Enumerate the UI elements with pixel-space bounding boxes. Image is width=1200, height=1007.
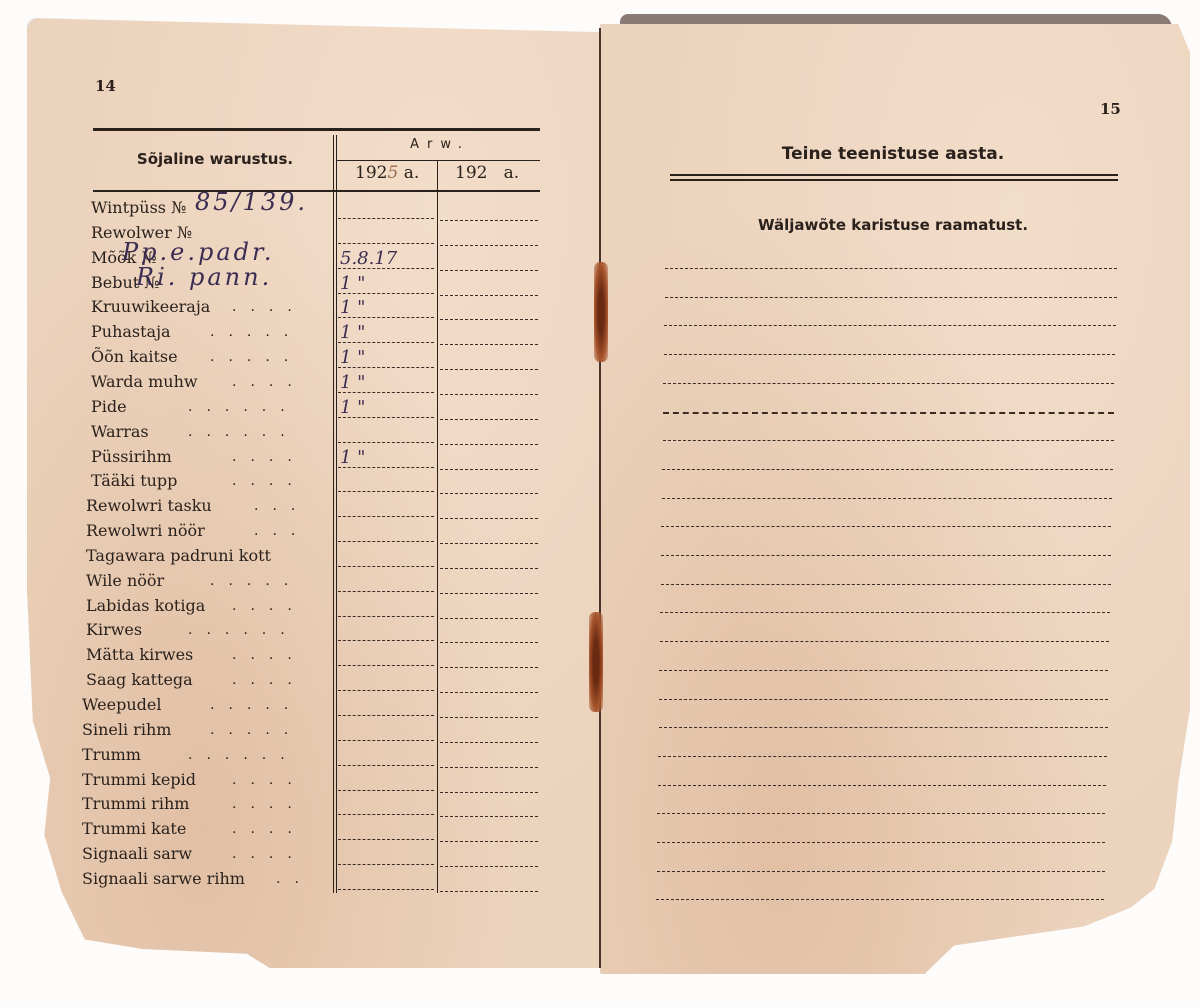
blank-entry-line (659, 670, 1108, 671)
blank-entry-line (662, 469, 1113, 470)
blank-entry-line (657, 871, 1105, 872)
leader-dots: ...... (188, 745, 299, 765)
entry-line-col1 (338, 690, 434, 691)
entry-line-col2 (440, 792, 538, 793)
entry-line-col2 (440, 319, 538, 320)
blank-entry-line (663, 412, 1114, 414)
equipment-label: Weepudel (82, 695, 161, 715)
year-header-rule (337, 160, 540, 161)
blank-entry-line (661, 584, 1111, 585)
entry-line-col2 (440, 493, 538, 494)
leader-dots: ...... (188, 397, 299, 417)
entry-line-col2 (440, 394, 538, 395)
equipment-label: Trummi kate (82, 819, 186, 839)
blank-entry-line (660, 641, 1109, 642)
equipment-label: Kruuwikeeraja (91, 297, 210, 317)
entry-line-col1 (338, 243, 434, 244)
entry-line-col1 (338, 566, 434, 567)
column-divider-left-b (336, 135, 337, 893)
entry-line-col2 (440, 667, 538, 668)
entry-line-col1 (338, 790, 434, 791)
entry-line-col2 (440, 344, 538, 345)
entry-line-col2 (440, 369, 538, 370)
entry-line-col2 (440, 295, 538, 296)
equipment-label: Mätta kirwes (86, 645, 193, 665)
quantity-value: 5.8.17 (340, 249, 397, 269)
entry-line-col1 (338, 765, 434, 766)
equipment-label: Warras (91, 422, 149, 442)
entry-line-col2 (440, 692, 538, 693)
right-page (600, 24, 1190, 974)
leader-dots: .... (232, 297, 306, 317)
title-rule-top (670, 174, 1118, 176)
rusted-staple-top (594, 262, 608, 362)
entry-line-col2 (440, 518, 538, 519)
entry-line-col1 (338, 889, 434, 890)
blank-entry-line (657, 813, 1105, 814)
blank-entry-line (656, 899, 1104, 900)
blank-entry-line (659, 727, 1108, 728)
entry-line-col1 (338, 740, 434, 741)
equipment-label: Tagawara padruni kott (86, 546, 271, 566)
rusted-staple-bottom (589, 612, 603, 712)
leader-dots: ..... (210, 695, 302, 715)
equipment-label: Püssirihm (91, 447, 172, 467)
blank-entry-line (663, 383, 1114, 384)
equipment-label: Labidas kotiga (86, 596, 205, 616)
table-top-rule (93, 128, 540, 131)
entry-line-col2 (440, 444, 538, 445)
blank-entry-line (665, 297, 1117, 298)
quantity-value: 1 " (340, 323, 365, 343)
equipment-label: Puhastaja (91, 322, 171, 342)
equipment-label: Wintpüss № (91, 198, 186, 218)
leader-dots: .. (276, 869, 313, 889)
handwritten-entry: 85/139. (195, 192, 308, 212)
equipment-label: Saag kattega (86, 670, 193, 690)
equipment-label: Warda muhw (91, 372, 198, 392)
year-column-2-header: 192 a. (455, 163, 519, 183)
entry-line-col1 (338, 591, 434, 592)
entry-line-col1 (338, 665, 434, 666)
column-divider-middle (437, 160, 438, 893)
column-divider-left-a (333, 135, 334, 893)
right-page-subtitle: Wäljawõte karistuse raamatust. (668, 216, 1118, 234)
equipment-label: Pide (91, 397, 127, 417)
leader-dots: .... (232, 670, 306, 690)
table-header-bottom-rule (93, 190, 540, 192)
equipment-label: Signaali sarw (82, 844, 192, 864)
entry-line-col1 (338, 491, 434, 492)
entry-line-col1 (338, 442, 434, 443)
quantity-value: 1 " (340, 298, 365, 318)
entry-line-col2 (440, 618, 538, 619)
entry-line-col2 (440, 419, 538, 420)
entry-line-col1 (338, 864, 434, 865)
entry-line-col2 (440, 816, 538, 817)
leader-dots: .... (232, 770, 306, 790)
blank-entry-line (657, 842, 1105, 843)
leader-dots: .... (232, 819, 306, 839)
equipment-label: Trummi kepid (82, 770, 196, 790)
equipment-label: Kirwes (86, 620, 142, 640)
leader-dots: ..... (210, 347, 302, 367)
blank-entry-line (658, 756, 1107, 757)
entry-line-col2 (440, 767, 538, 768)
entry-line-col2 (440, 568, 538, 569)
handwritten-year-digit: 5 (387, 163, 398, 183)
entry-line-col1 (338, 640, 434, 641)
entry-line-col1 (338, 218, 434, 219)
blank-entry-line (664, 325, 1116, 326)
entry-line-col2 (440, 469, 538, 470)
title-rule-bottom (670, 179, 1118, 181)
equipment-label: Signaali sarwe rihm (82, 869, 245, 889)
leader-dots: .... (232, 372, 306, 392)
blank-entry-line (664, 354, 1115, 355)
leader-dots: .... (232, 794, 306, 814)
equipment-label: Rewolwri nöör (86, 521, 205, 541)
leader-dots: ... (254, 496, 309, 516)
blank-entry-line (661, 526, 1111, 527)
quantity-value: 1 " (340, 398, 365, 418)
handwritten-entry: Pp.e.padr. (122, 242, 274, 262)
entry-line-col2 (440, 642, 538, 643)
equipment-label: Õõn kaitse (91, 347, 178, 367)
entry-line-col1 (338, 814, 434, 815)
blank-entry-line (658, 785, 1106, 786)
blank-entry-line (662, 498, 1112, 499)
entry-line-col2 (440, 841, 538, 842)
equipment-label: Rewolwri tasku (86, 496, 212, 516)
equipment-label: Trummi rihm (82, 794, 189, 814)
leader-dots: ..... (210, 322, 302, 342)
leader-dots: .... (232, 471, 306, 491)
blank-entry-line (665, 268, 1117, 269)
equipment-label: Trumm (82, 745, 141, 765)
leader-dots: ...... (188, 620, 299, 640)
leader-dots: ..... (210, 720, 302, 740)
entry-line-col2 (440, 220, 538, 221)
leader-dots: ..... (210, 571, 302, 591)
entry-line-col2 (440, 245, 538, 246)
quantity-value: 1 " (340, 373, 365, 393)
handwritten-entry: Ri. pann. (136, 267, 272, 287)
entry-line-col2 (440, 891, 538, 892)
leader-dots: .... (232, 596, 306, 616)
year-column-1-header: 1925 a. (355, 163, 419, 183)
blank-entry-line (661, 555, 1111, 556)
equipment-label: Tääki tupp (91, 471, 177, 491)
entry-line-col1 (338, 715, 434, 716)
leader-dots: ...... (188, 422, 299, 442)
book-spine (599, 28, 601, 968)
page-number-right: 15 (1100, 100, 1121, 118)
entry-line-col2 (440, 717, 538, 718)
entry-line-col2 (440, 593, 538, 594)
leader-dots: .... (232, 645, 306, 665)
leader-dots: .... (232, 447, 306, 467)
entry-line-col1 (338, 616, 434, 617)
leader-dots: ... (254, 521, 309, 541)
entry-line-col2 (440, 742, 538, 743)
quantity-value: 1 " (340, 274, 365, 294)
quantity-value: 1 " (340, 348, 365, 368)
leader-dots: .... (232, 844, 306, 864)
entry-line-col1 (338, 839, 434, 840)
entry-line-col1 (338, 541, 434, 542)
equipment-label: Wile nöör (86, 571, 164, 591)
quantity-group-header: Arw. (340, 137, 540, 152)
entry-line-col2 (440, 866, 538, 867)
blank-entry-line (660, 612, 1110, 613)
entry-line-col2 (440, 543, 538, 544)
entry-line-col2 (440, 270, 538, 271)
table-title: Sõjaline warustus. (95, 150, 335, 168)
quantity-value: 1 " (340, 448, 365, 468)
blank-entry-line (659, 699, 1108, 700)
blank-entry-line (663, 440, 1114, 441)
right-page-title: Teine teenistuse aasta. (668, 144, 1118, 164)
page-number-left: 14 (95, 77, 116, 95)
equipment-label: Sineli rihm (82, 720, 171, 740)
entry-line-col1 (338, 516, 434, 517)
